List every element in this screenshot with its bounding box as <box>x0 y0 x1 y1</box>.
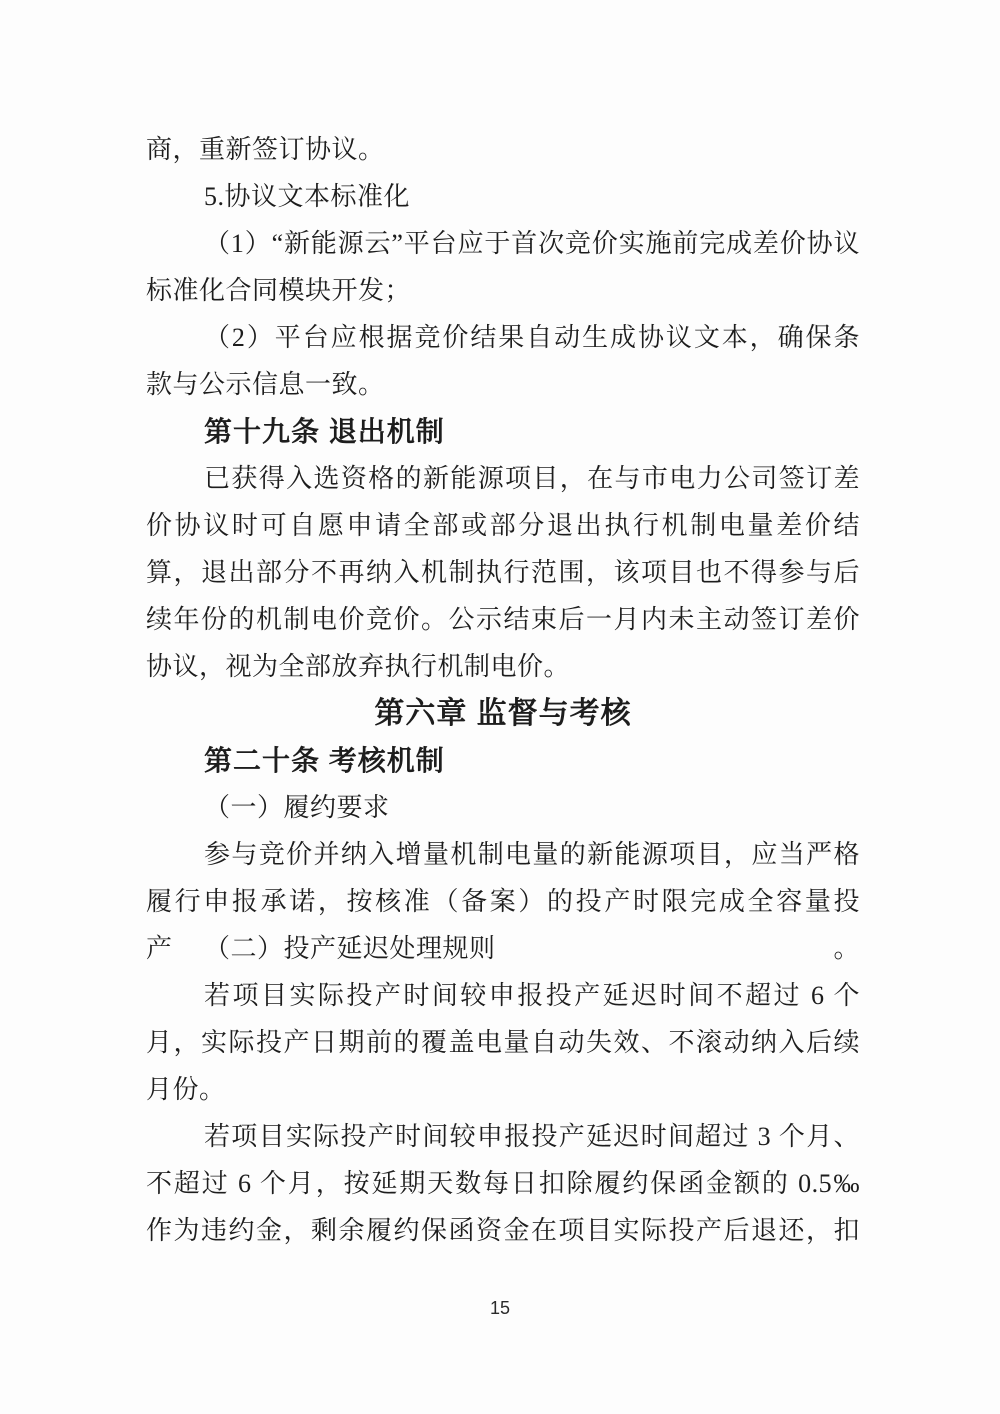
text-line: 5.协议文本标准化 <box>146 173 860 220</box>
text-line: 不超过 6 个月，按延期天数每日扣除履约保函金额的 0.5‰ <box>146 1160 860 1207</box>
text-line: 参与竞价并纳入增量机制电量的新能源项目，应当严格 <box>146 831 860 878</box>
text-line: 作为违约金，剩余履约保函资金在项目实际投产后退还，扣 <box>146 1207 860 1254</box>
text-line: 若项目实际投产时间较申报投产延迟时间超过 3 个月、 <box>146 1113 860 1160</box>
document-page: 商，重新签订协议。 5.协议文本标准化 （1）“新能源云”平台应于首次竞价实施前… <box>0 0 1000 1414</box>
text-line: 价协议时可自愿申请全部或部分退出执行机制电量差价结 <box>146 502 860 549</box>
text-line: （1）“新能源云”平台应于首次竞价实施前完成差价协议 <box>146 220 860 267</box>
text-line: 续年份的机制电价竞价。公示结束后一月内未主动签订差价 <box>146 596 860 643</box>
article-heading: 第二十条 考核机制 <box>146 737 860 784</box>
text-line: 标准化合同模块开发； <box>146 267 860 314</box>
text-line: 履行申报承诺，按核准（备案）的投产时限完成全容量投产。 <box>146 878 860 925</box>
chapter-heading: 第六章 监督与考核 <box>146 690 860 737</box>
text-line: 已获得入选资格的新能源项目，在与市电力公司签订差 <box>146 455 860 502</box>
text-line: 若项目实际投产时间较申报投产延迟时间不超过 6 个 <box>146 972 860 1019</box>
text-line: 算，退出部分不再纳入机制执行范围，该项目也不得参与后 <box>146 549 860 596</box>
text-line: 款与公示信息一致。 <box>146 361 860 408</box>
document-body: 商，重新签订协议。 5.协议文本标准化 （1）“新能源云”平台应于首次竞价实施前… <box>146 126 860 1254</box>
page-number: 15 <box>0 1298 1000 1319</box>
text-line: （2）平台应根据竞价结果自动生成协议文本，确保条 <box>146 314 860 361</box>
text-line: 协议，视为全部放弃执行机制电价。 <box>146 643 860 690</box>
article-heading: 第十九条 退出机制 <box>146 408 860 455</box>
text-line: （一）履约要求 <box>146 784 860 831</box>
text-line: 商，重新签订协议。 <box>146 126 860 173</box>
text-line: 月，实际投产日期前的覆盖电量自动失效、不滚动纳入后续 <box>146 1019 860 1066</box>
text-line: 月份。 <box>146 1066 860 1113</box>
